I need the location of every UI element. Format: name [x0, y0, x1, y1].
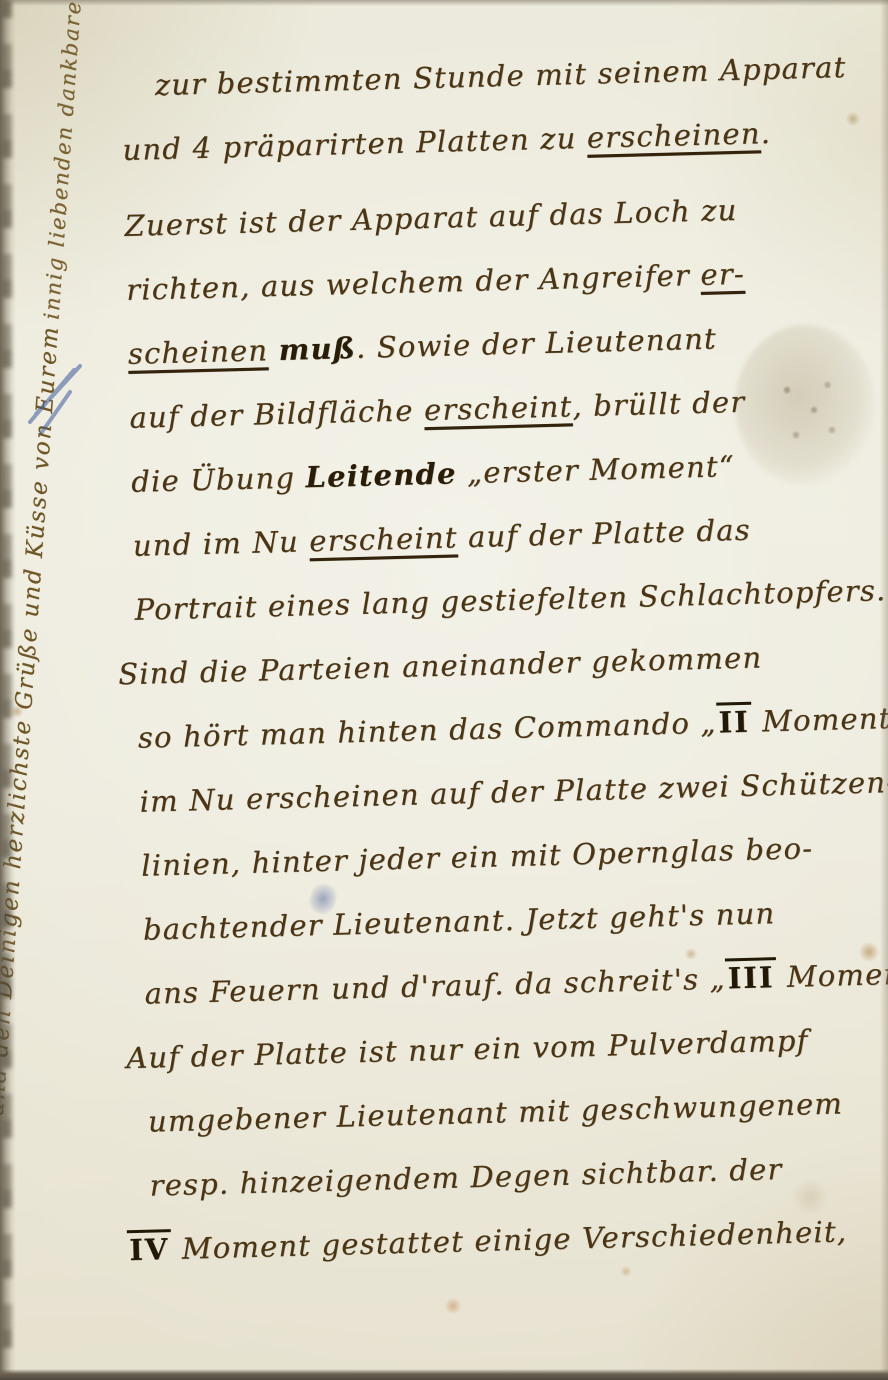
text-segment: erscheint: [424, 389, 573, 427]
text-segment: Sind die Parteien aneinander gekommen: [118, 640, 763, 691]
text-segment: bachtender Lieutenant. Jetzt geht's nun: [142, 896, 775, 947]
text-segment: Auf der Platte ist nur ein vom Pulverdam…: [126, 1023, 809, 1075]
text-segment: resp. hinzeigendem Degen sichtbar. der: [149, 1152, 783, 1203]
text-segment: im Nu erscheinen auf der Platte zwei Sch…: [139, 765, 888, 819]
text-segment: auf der Bildfläche: [129, 393, 424, 435]
text-segment: Portrait eines lang gestiefelten Schlach…: [134, 573, 887, 627]
text-segment: IV: [127, 1229, 172, 1267]
text-segment: und im Nu: [132, 524, 309, 563]
torn-left-edge-texture: [2, 0, 12, 1380]
text-segment: „erster Moment“: [456, 449, 735, 490]
text-segment: so hört man hinten das Commando „: [137, 706, 717, 755]
text-segment: III: [725, 957, 777, 995]
manuscript-text: zur bestimmten Stunde mit seinem Apparat…: [120, 34, 888, 1281]
text-segment: und 4 präparirten Platten zu: [122, 121, 587, 167]
text-segment: . Sowie der Lieutenant: [356, 321, 718, 364]
page-top-edge: [0, 0, 888, 6]
manuscript-page: und den Deinigen herzlichste Grüße und K…: [0, 0, 888, 1380]
text-segment: auf der Platte das: [457, 513, 751, 555]
text-segment: ans Feuern und d'rauf. da schreit's „: [144, 961, 726, 1010]
text-segment: die Übung: [131, 460, 306, 499]
foxing-spot: [444, 1298, 462, 1314]
text-segment: er-: [700, 257, 745, 292]
text-segment: zur bestimmten Stunde mit seinem Apparat: [154, 50, 846, 102]
text-segment: , brüllt der: [572, 385, 746, 424]
text-segment: .: [760, 116, 771, 150]
text-segment: linien, hinter jeder ein mit Opernglas b…: [141, 831, 814, 883]
text-segment: Moment“: [776, 956, 888, 994]
margin-note-line: innig liebenden dankbaren — Gustav: [26, 0, 108, 321]
text-segment: umgebener Lieutenant mit geschwungenem: [148, 1086, 844, 1138]
text-segment: scheinen: [127, 333, 268, 371]
text-segment: II: [716, 702, 752, 740]
text-segment: erscheint: [309, 520, 458, 558]
text-segment: Zuerst ist der Apparat auf das Loch zu: [124, 193, 738, 243]
text-segment: Moment“: [751, 701, 888, 739]
page-right-edge: [880, 0, 888, 1380]
page-bottom-edge: [0, 1369, 888, 1380]
text-segment: muß: [278, 331, 356, 367]
text-segment: Moment gestattet einige Verschiedenheit,: [171, 1214, 848, 1266]
text-segment: richten, aus welchem der Angreifer: [126, 258, 701, 307]
text-segment: Leitende: [305, 456, 457, 494]
text-segment: erscheinen: [586, 116, 761, 155]
